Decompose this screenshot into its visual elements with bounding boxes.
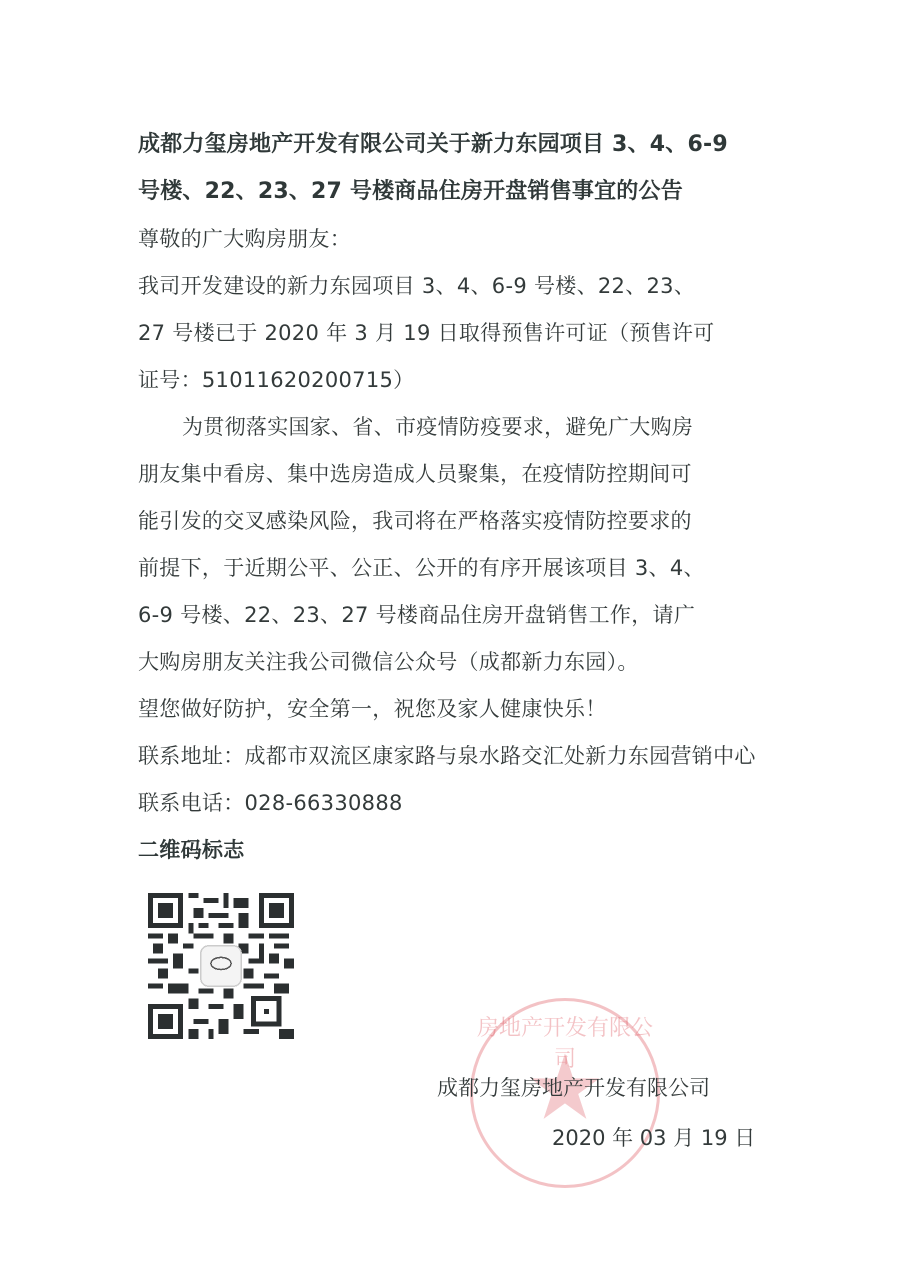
title-line-1: 成都力玺房地产开发有限公司关于新力东园项目 3、4、6-9 [138, 130, 728, 160]
salutation: 尊敬的广大购房朋友： [138, 224, 351, 254]
para2-line-5: 6-9 号楼、22、23、27 号楼商品住房开盘销售工作，请广 [138, 600, 695, 630]
para2-line-1: 为贯彻落实国家、省、市疫情防疫要求，避免广大购房 [182, 412, 693, 442]
para2-line-2: 朋友集中看房、集中选房造成人员聚集，在疫情防控期间可 [138, 459, 692, 489]
signature-date: 2020 年 03 月 19 日 [552, 1122, 755, 1152]
para2-line-3: 能引发的交叉感染风险，我司将在严格落实疫情防控要求的 [138, 506, 692, 536]
para1-line-3: 证号：51011620200715） [138, 365, 414, 395]
para1-line-2: 27 号楼已于 2020 年 3 月 19 日取得预售许可证（预售许可 [138, 318, 714, 348]
title-line-2: 号楼、22、23、27 号楼商品住房开盘销售事宜的公告 [138, 177, 683, 207]
qr-heading: 二维码标志 [138, 835, 245, 865]
para1-line-1: 我司开发建设的新力东园项目 3、4、6-9 号楼、22、23、 [138, 271, 695, 301]
para2-line-4: 前提下，于近期公平、公正、公开的有序开展该项目 3、4、 [138, 553, 705, 583]
contact-address: 联系地址：成都市双流区康家路与泉水路交汇处新力东园营销中心 [138, 741, 756, 771]
qr-code-icon [148, 893, 294, 1039]
contact-phone: 联系电话：028-66330888 [138, 788, 403, 818]
para2-line-6: 大购房朋友关注我公司微信公众号（成都新力东园）。 [138, 647, 639, 677]
signature-company: 成都力玺房地产开发有限公司 [437, 1072, 710, 1102]
wishes: 望您做好防护，安全第一，祝您及家人健康快乐！ [138, 694, 607, 724]
